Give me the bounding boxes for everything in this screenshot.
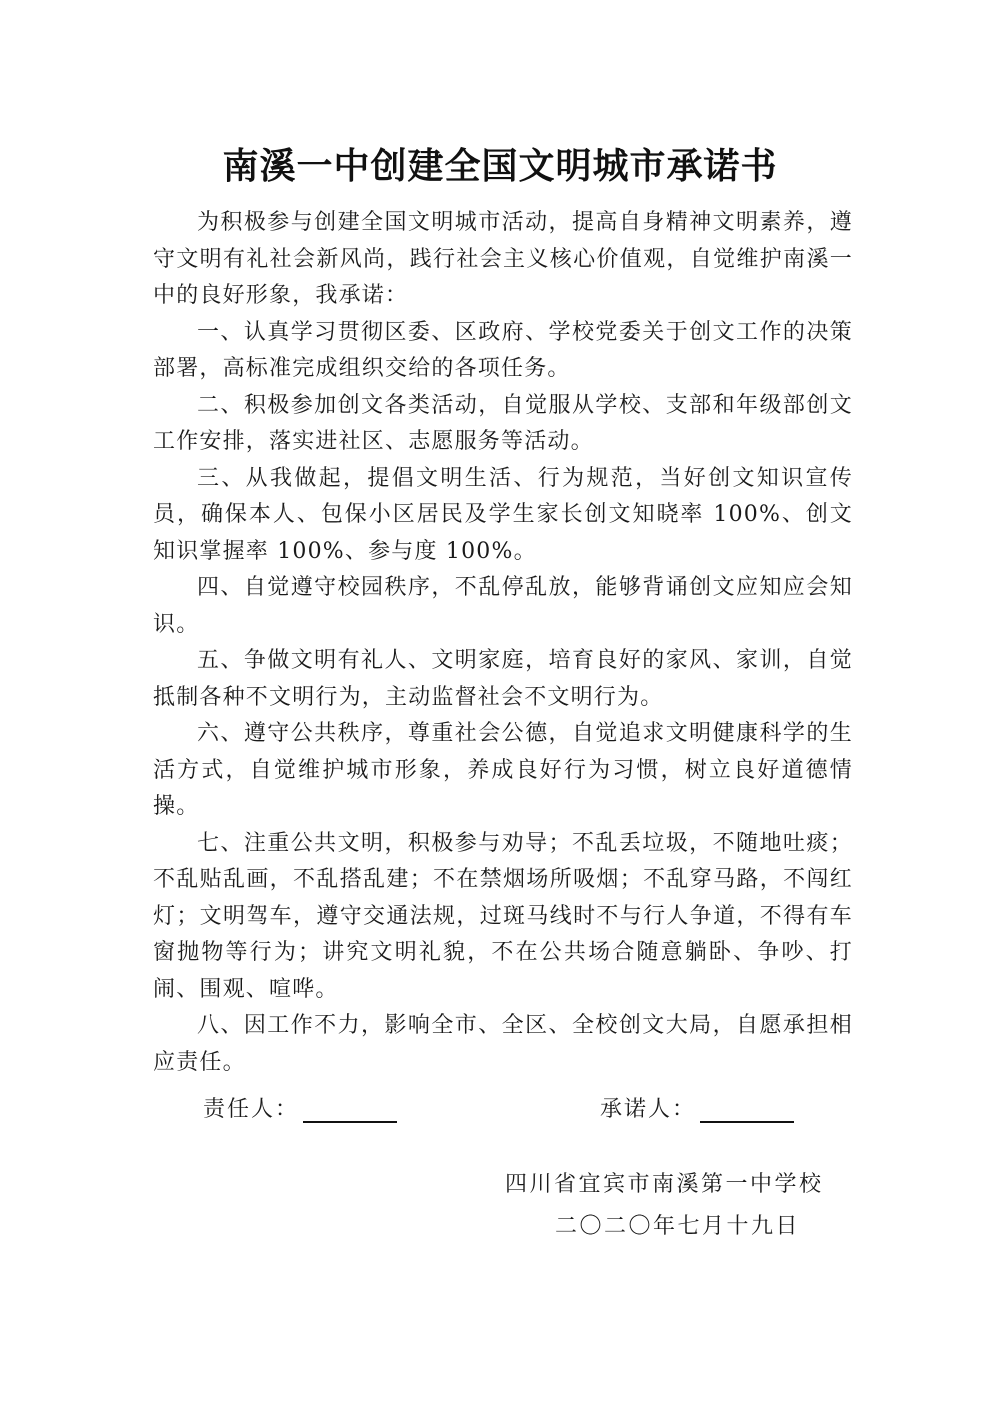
document-title: 南溪一中创建全国文明城市承诺书: [0, 138, 1000, 189]
pledger-signature-line[interactable]: [700, 1097, 794, 1123]
pledge-item-2: 二、积极参加创文各类活动，自觉服从学校、支部和年级部创文工作安排，落实进社区、志…: [153, 388, 853, 461]
pledger-signature: 承诺人：: [600, 1092, 794, 1123]
organization-name: 四川省宜宾市南溪第一中学校: [505, 1164, 845, 1206]
pledger-label: 承诺人：: [600, 1092, 696, 1123]
document-footer: 四川省宜宾市南溪第一中学校 二〇二〇年七月十九日: [505, 1164, 845, 1248]
responsible-person-signature-line[interactable]: [303, 1097, 397, 1123]
document-page: 南溪一中创建全国文明城市承诺书 为积极参与创建全国文明城市活动，提高自身精神文明…: [0, 0, 1000, 1414]
pledge-item-8: 八、因工作不力，影响全市、全区、全校创文大局，自愿承担相应责任。: [153, 1008, 853, 1081]
pledge-item-7: 七、注重公共文明，积极参与劝导；不乱丢垃圾，不随地吐痰；不乱贴乱画，不乱搭乱建；…: [153, 826, 853, 1009]
responsible-person-label: 责任人：: [203, 1092, 299, 1123]
pledge-item-6: 六、遵守公共秩序，尊重社会公德，自觉追求文明健康科学的生活方式，自觉维护城市形象…: [153, 716, 853, 826]
document-date: 二〇二〇年七月十九日: [505, 1206, 845, 1248]
intro-paragraph: 为积极参与创建全国文明城市活动，提高自身精神文明素养，遵守文明有礼社会新风尚，践…: [153, 205, 853, 315]
pledge-item-4: 四、自觉遵守校园秩序，不乱停乱放，能够背诵创文应知应会知识。: [153, 570, 853, 643]
pledge-item-5: 五、争做文明有礼人、文明家庭，培育良好的家风、家训，自觉抵制各种不文明行为，主动…: [153, 643, 853, 716]
responsible-person-signature: 责任人：: [203, 1092, 397, 1123]
pledge-item-3: 三、从我做起，提倡文明生活、行为规范，当好创文知识宣传员，确保本人、包保小区居民…: [153, 461, 853, 571]
pledge-item-1: 一、认真学习贯彻区委、区政府、学校党委关于创文工作的决策部署，高标准完成组织交给…: [153, 315, 853, 388]
document-body: 为积极参与创建全国文明城市活动，提高自身精神文明素养，遵守文明有礼社会新风尚，践…: [153, 205, 853, 1081]
